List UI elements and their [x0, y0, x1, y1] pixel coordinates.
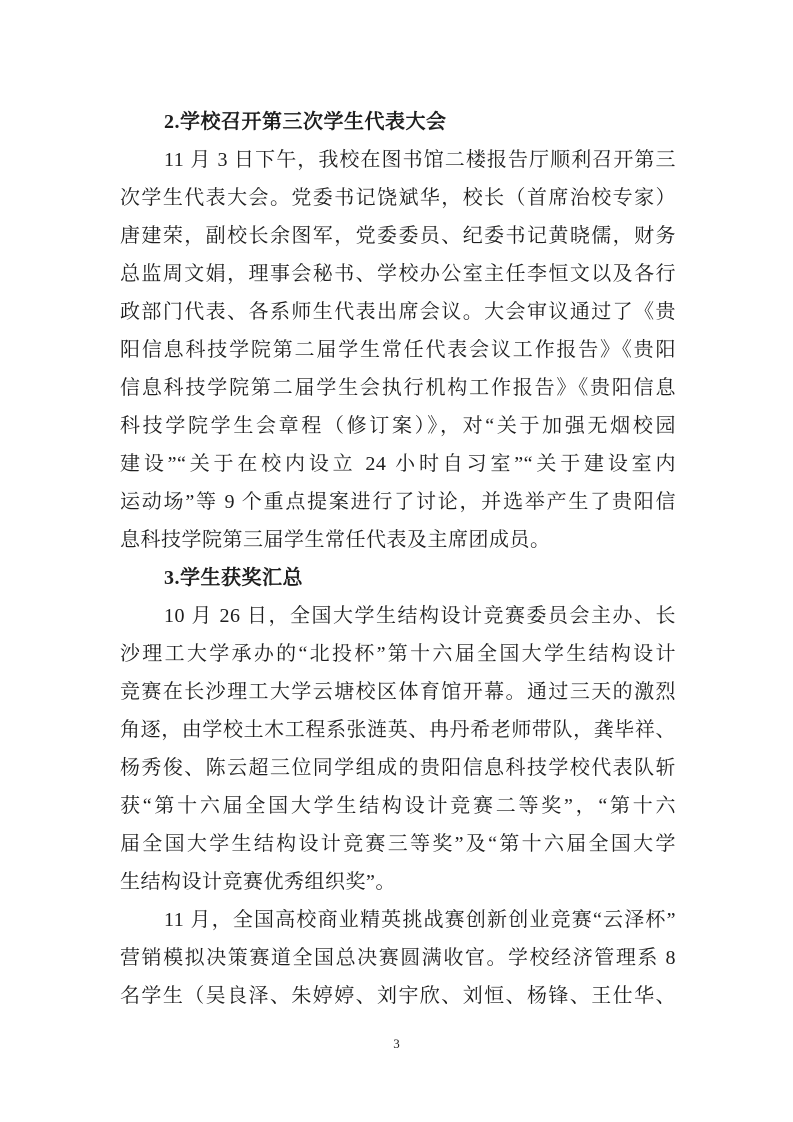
text-line: 信息科技学院第二届学生会执行机构工作报告》《贵阳信息 — [120, 369, 676, 407]
text-line: 运动场”等 9 个重点提案进行了讨论，并选举产生了贵阳信 — [120, 483, 676, 521]
text-line: 沙理工大学承办的“北投杯”第十六届全国大学生结构设计 — [120, 635, 676, 673]
text-line: 届全国大学生结构设计竞赛三等奖”及“第十六届全国大学 — [120, 825, 676, 863]
text-line: 科技学院学生会章程（修订案）》，对“关于加强无烟校园 — [120, 407, 676, 445]
text-line: 唐建荣，副校长余图军，党委委员、纪委书记黄晓儒，财务 — [120, 217, 676, 255]
document-body: 2.学校召开第三次学生代表大会11 月 3 日下午，我校在图书馆二楼报告厅顺利召… — [120, 103, 676, 1015]
text-line: 阳信息科技学院第二届学生常任代表会议工作报告》《贵阳 — [120, 331, 676, 369]
text-line: 生结构设计竞赛优秀组织奖”。 — [120, 863, 676, 901]
text-line: 建设”“关于在校内设立 24 小时自习室”“关于建设室内 — [120, 445, 676, 483]
text-line: 10 月 26 日，全国大学生结构设计竞赛委员会主办、长 — [120, 597, 676, 635]
page-number: 3 — [393, 1036, 400, 1051]
page-footer: 3 — [0, 1036, 793, 1052]
text-line: 营销模拟决策赛道全国总决赛圆满收官。学校经济管理系 8 — [120, 939, 676, 977]
text-line: 11 月 3 日下午，我校在图书馆二楼报告厅顺利召开第三 — [120, 141, 676, 179]
text-line: 总监周文娟，理事会秘书、学校办公室主任李恒文以及各行 — [120, 255, 676, 293]
document-page: 2.学校召开第三次学生代表大会11 月 3 日下午，我校在图书馆二楼报告厅顺利召… — [0, 0, 793, 1122]
text-line: 息科技学院第三届学生常任代表及主席团成员。 — [120, 521, 676, 559]
text-line: 11 月，全国高校商业精英挑战赛创新创业竞赛“云泽杯” — [120, 901, 676, 939]
text-line: 次学生代表大会。党委书记饶斌华，校长（首席治校专家） — [120, 179, 676, 217]
text-line: 名学生（吴良泽、朱婷婷、刘宇欣、刘恒、杨锋、王仕华、 — [120, 977, 676, 1015]
text-line: 角逐，由学校土木工程系张涟英、冉丹希老师带队，龚毕祥、 — [120, 711, 676, 749]
section-heading: 2.学校召开第三次学生代表大会 — [120, 103, 676, 141]
text-line: 杨秀俊、陈云超三位同学组成的贵阳信息科技学校代表队斩 — [120, 749, 676, 787]
text-line: 获“第十六届全国大学生结构设计竞赛二等奖”，“第十六 — [120, 787, 676, 825]
text-line: 竞赛在长沙理工大学云塘校区体育馆开幕。通过三天的激烈 — [120, 673, 676, 711]
section-heading: 3.学生获奖汇总 — [120, 559, 676, 597]
text-line: 政部门代表、各系师生代表出席会议。大会审议通过了《贵 — [120, 293, 676, 331]
